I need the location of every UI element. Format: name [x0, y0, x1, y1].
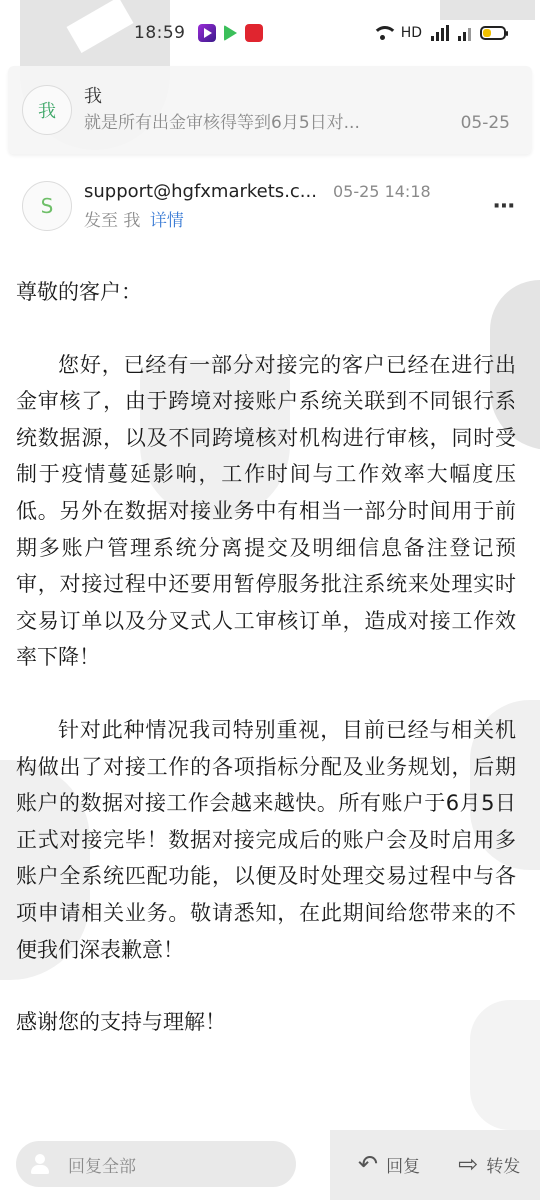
play-app-icon [224, 25, 237, 41]
reply-all-placeholder: 回复全部 [68, 1152, 136, 1177]
more-options-icon[interactable]: ⋯ [493, 194, 516, 219]
status-bar: 18:59 HD [0, 0, 540, 66]
forward-label: 转发 [486, 1152, 520, 1177]
hd-label: HD [401, 25, 422, 41]
reply-all-input[interactable]: 回复全部 [16, 1141, 296, 1187]
recipient-label: 发至 我 [84, 211, 140, 231]
greeting: 尊敬的客户： [16, 274, 516, 311]
body-paragraph-1: 您好，已经有一部分对接完的客户已经在进行出金审核了，由于跨境对接账户系统关联到不… [16, 347, 516, 676]
forward-arrow-icon: ⇨ [458, 1150, 478, 1178]
sender-avatar[interactable]: S [22, 181, 72, 231]
body-paragraph-2: 针对此种情况我司特别重视，目前已经与相关机构做出了对接工作的各项指标分配及业务规… [16, 712, 516, 968]
thread-date: 05-25 [461, 110, 510, 136]
details-link[interactable]: 详情 [150, 211, 184, 231]
reply-label: 回复 [386, 1152, 420, 1177]
thread-previous-message[interactable]: 我 我 就是所有出金审核得等到6月5日对... 05-25 [8, 66, 532, 154]
clock: 18:59 [134, 23, 186, 43]
wifi-icon [372, 26, 392, 40]
mail-body: 尊敬的客户： 您好，已经有一部分对接完的客户已经在进行出金审核了，由于跨境对接账… [0, 244, 540, 1041]
sender-address[interactable]: support@hgfxmarkets.c... [84, 181, 317, 202]
system-indicators: HD [372, 0, 506, 66]
person-icon [28, 1152, 52, 1176]
mail-header: S support@hgfxmarkets.c... 05-25 14:18 发… [0, 168, 540, 244]
reply-arrow-icon: ↶ [358, 1150, 378, 1178]
reply-button[interactable]: ↶ 回复 [358, 1150, 420, 1178]
video-app-icon [198, 24, 216, 42]
signal-icon [431, 25, 449, 41]
forward-button[interactable]: ⇨ 转发 [458, 1150, 520, 1178]
avatar: 我 [22, 85, 72, 135]
battery-icon [480, 26, 506, 40]
thread-sender: 我 [84, 84, 532, 110]
red-app-icon [245, 24, 263, 42]
bottom-action-bar: 回复全部 ↶ 回复 ⇨ 转发 [0, 1138, 540, 1190]
signal-icon-2 [458, 25, 471, 41]
notification-icons [198, 24, 263, 42]
closing: 感谢您的支持与理解！ [16, 1004, 516, 1041]
thread-preview-text: 就是所有出金审核得等到6月5日对... [84, 110, 360, 136]
mail-datetime: 05-25 14:18 [333, 182, 431, 201]
